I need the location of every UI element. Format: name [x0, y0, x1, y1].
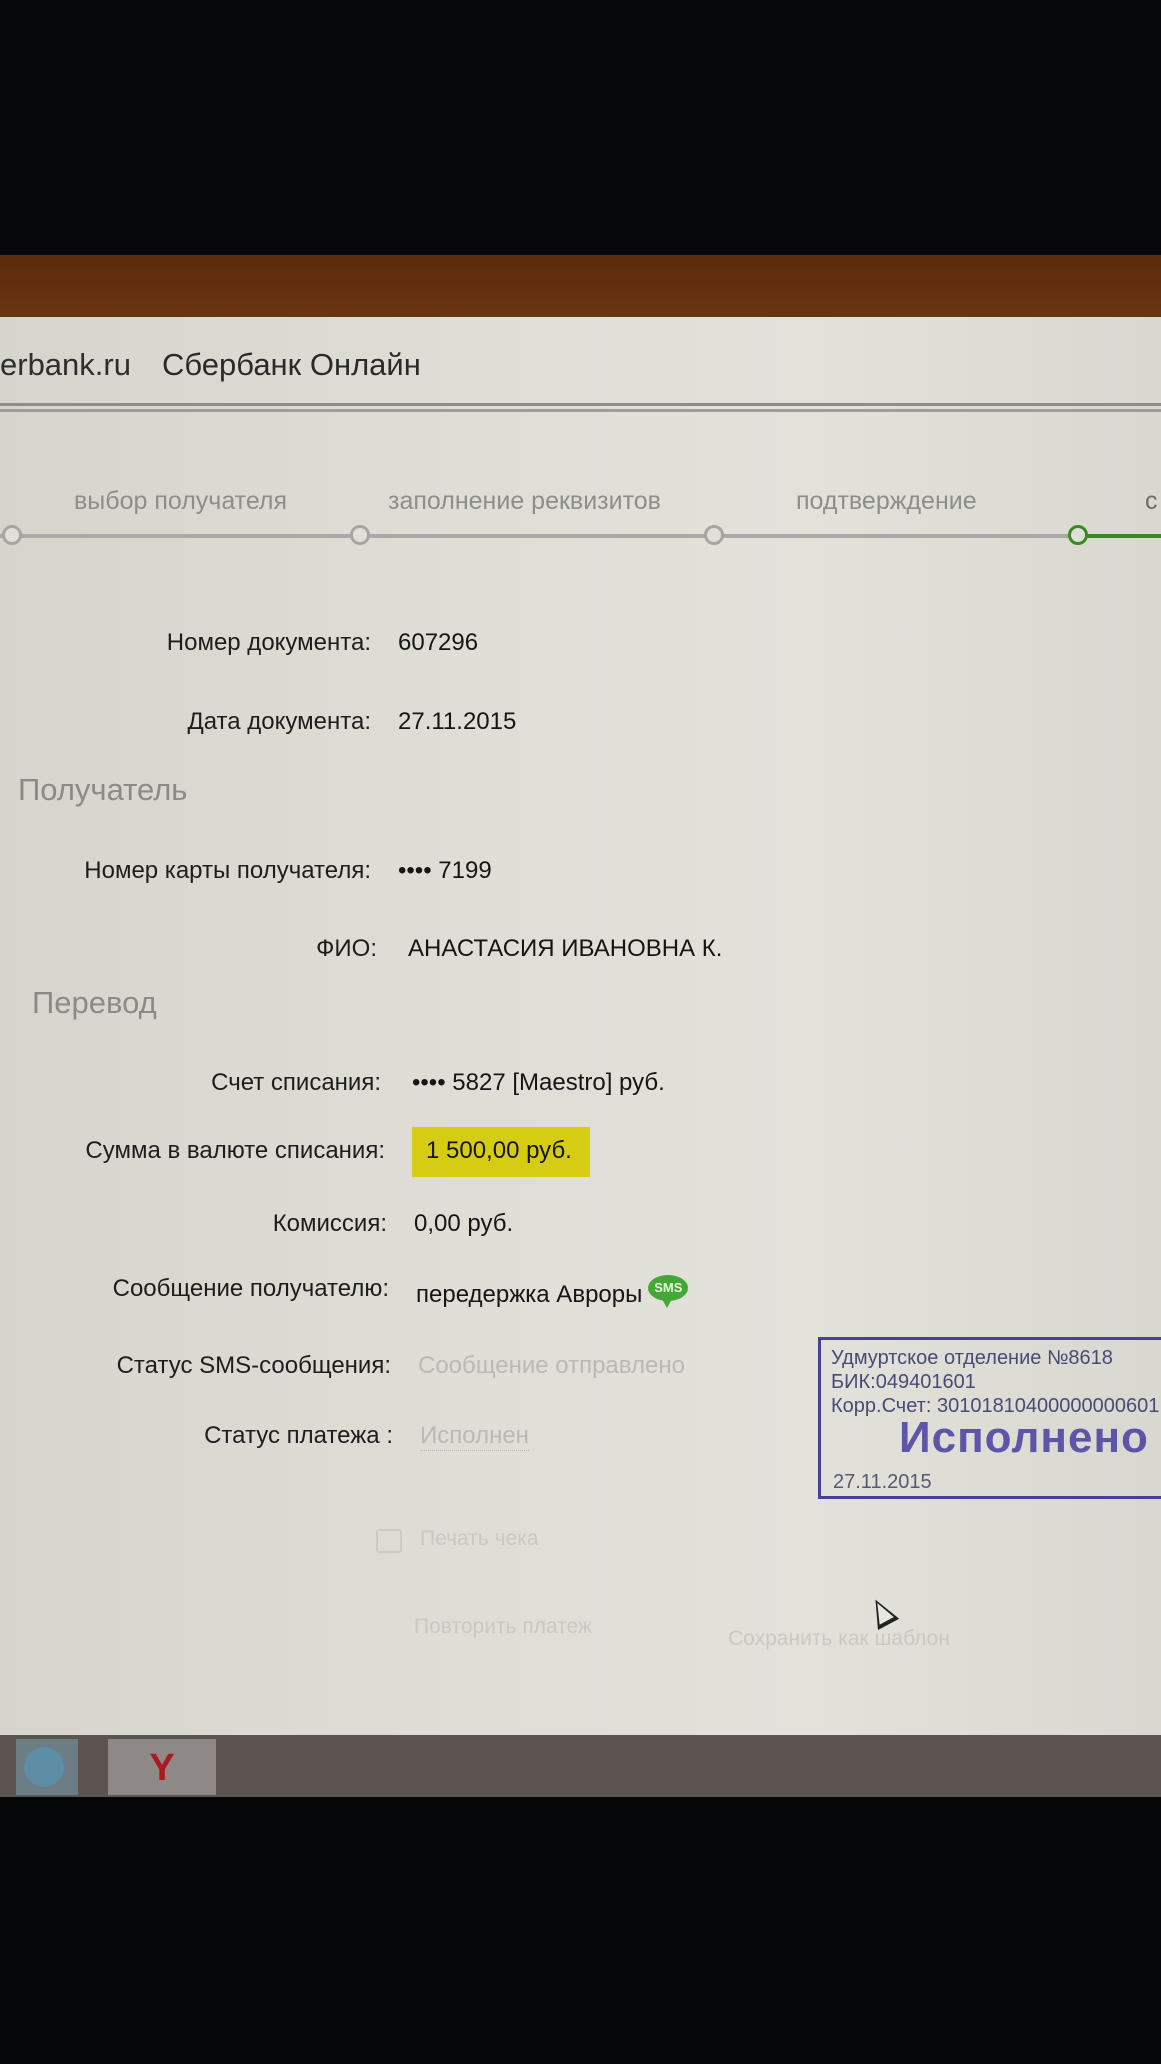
taskbar: Y [0, 1735, 1161, 1797]
fee-label: Комиссия: [273, 1210, 387, 1238]
message-value: передержка АврорыSMS [416, 1275, 688, 1309]
amount-label: Сумма в валюте списания: [85, 1137, 385, 1165]
step-track-active [1080, 534, 1161, 538]
document-number-label: Номер документа: [167, 629, 371, 657]
step-status: с [1145, 487, 1158, 516]
message-text: передержка Авроры [416, 1281, 642, 1308]
amount-row: Сумма в валюте списания: 1 500,00 руб. [0, 1137, 1161, 1177]
payment-status-label: Статус платежа : [204, 1422, 393, 1450]
progress-steps: выбор получателя заполнение реквизитов п… [0, 487, 1161, 567]
document-date-label: Дата документа: [187, 708, 371, 736]
payment-status-link[interactable]: Исполнен [420, 1422, 529, 1451]
page-title: Сбербанк Онлайн [162, 347, 421, 383]
document-date: 27.11.2015 [398, 708, 516, 736]
desktop-wallpaper [0, 255, 1161, 317]
stamp-date: 27.11.2015 [833, 1470, 932, 1494]
taskbar-app-internet-explorer[interactable] [16, 1739, 78, 1795]
message-row: Сообщение получателю: передержка АврорыS… [0, 1275, 1161, 1315]
document-number-row: Номер документа: 607296 [0, 629, 1161, 669]
recipient-name-row: ФИО: АНАСТАСИЯ ИВАНОВНА К. [0, 935, 1161, 975]
yandex-icon: Y [108, 1747, 216, 1790]
debit-account-row: Счет списания: •••• 5827 [Maestro] руб. [0, 1069, 1161, 1109]
divider [0, 409, 1161, 412]
document-date-row: Дата документа: 27.11.2015 [0, 708, 1161, 748]
divider [0, 403, 1161, 406]
amount-value: 1 500,00 руб. [412, 1127, 590, 1177]
document-number: 607296 [398, 629, 478, 657]
recipient-card-row: Номер карты получателя: •••• 7199 [0, 857, 1161, 897]
title-bar: erbank.ru Сбербанк Онлайн [0, 317, 1161, 395]
sms-status-label: Статус SMS-сообщения: [117, 1352, 391, 1380]
browser-icon [24, 1747, 64, 1787]
site-url[interactable]: erbank.ru [0, 347, 131, 383]
step-dot [704, 525, 724, 545]
debit-account: •••• 5827 [Maestro] руб. [412, 1069, 665, 1097]
step-confirmation: подтверждение [796, 487, 977, 516]
taskbar-app-yandex-browser[interactable]: Y [108, 1739, 216, 1795]
fee-value: 0,00 руб. [414, 1210, 513, 1238]
recipient-card-label: Номер карты получателя: [84, 857, 371, 885]
stamp-bik: БИК:049401601 [831, 1370, 1161, 1394]
step-fill-details: заполнение реквизитов [388, 487, 661, 516]
bank-stamp: Удмуртское отделение №8618 БИК:049401601… [818, 1337, 1161, 1499]
sms-icon: SMS [648, 1275, 688, 1301]
recipient-card: •••• 7199 [398, 857, 492, 885]
repeat-payment-link[interactable]: Повторить платеж [414, 1615, 592, 1639]
message-label: Сообщение получателю: [113, 1275, 389, 1303]
sms-status: Сообщение отправлено [418, 1352, 685, 1380]
fee-row: Комиссия: 0,00 руб. [0, 1210, 1161, 1250]
recipient-name-label: ФИО: [316, 935, 377, 963]
monitor-bezel-top [0, 0, 1161, 255]
stamp-status: Исполнено [899, 1426, 1149, 1450]
printer-icon[interactable] [376, 1529, 402, 1553]
debit-account-label: Счет списания: [211, 1069, 381, 1097]
browser-window: erbank.ru Сбербанк Онлайн выбор получате… [0, 317, 1161, 1737]
step-dot [2, 525, 22, 545]
stamp-branch: Удмуртское отделение №8618 [831, 1346, 1161, 1370]
recipient-name: АНАСТАСИЯ ИВАНОВНА К. [408, 935, 722, 963]
transfer-section-title: Перевод [32, 985, 157, 1021]
print-receipt-link[interactable]: Печать чека [420, 1527, 539, 1551]
recipient-section-title: Получатель [18, 772, 187, 808]
step-track [0, 534, 1080, 538]
monitor-bezel-bottom [0, 1797, 1161, 2064]
step-dot [350, 525, 370, 545]
step-dot-active [1068, 525, 1088, 545]
step-choose-recipient: выбор получателя [74, 487, 287, 516]
save-template-link[interactable]: Сохранить как шаблон [728, 1627, 950, 1651]
